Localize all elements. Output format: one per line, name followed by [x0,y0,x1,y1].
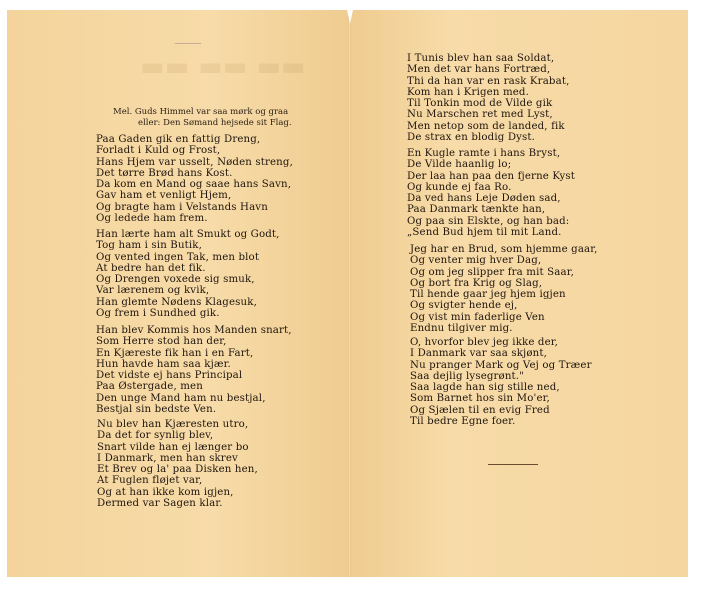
verse-line: Forladt i Kuld og Frost, [96,145,293,156]
verse-line: Og paa sin Elskte, og han bad: [407,216,575,227]
verse-line: Til Tonkin mod de Vilde gik [407,98,569,109]
stanza-3: Han blev Kommis hos Manden snart, Som He… [96,325,292,415]
verse-line: Som Barnet hos sin Mo'er, [410,393,592,404]
verse-line: Og vented ingen Tak, men blot [96,252,280,263]
verse-line: Og at han ikke kom igjen, [97,487,258,498]
verse-line: En Kjæreste fik han i en Fart, [96,348,292,359]
verse-line: Han lærte ham alt Smukt og Godt, [96,229,280,240]
verse-line: Og bragte ham i Velstands Havn [96,202,293,213]
verse-line: Nu blev han Kjæresten utro, [97,419,258,430]
verse-line: Nu Marschen ret med Lyst, [407,109,569,120]
verse-line: O, hvorfor blev jeg ikke der, [410,337,592,348]
verse-line: Kom han i Krigen med. [407,87,569,98]
verse-line: Til hende gaar jeg hjem igjen [410,289,598,300]
stanza-7: Jeg har en Brud, som hjemme gaar, Og ven… [410,244,598,334]
verse-line: Saa lagde han sig stille ned, [410,382,592,393]
verse-line: Som Herre stod han der, [96,336,292,347]
verse-line: Endnu tilgiver mig. [410,323,598,334]
verse-line: Og Sjælen til en evig Fred [410,405,592,416]
verse-line: Til bedre Egne foer. [410,416,592,427]
verse-line: Der laa han paa den fjerne Kyst [407,171,575,182]
verse-line: Det tørre Brød hans Kost. [96,168,293,179]
verse-line: Og vist min faderlige Ven [410,312,598,323]
verse-line: Og svigter hende ej, [410,300,598,311]
verse-line: Et Brev og la' paa Disken hen, [97,464,258,475]
fold-notch [347,10,353,24]
verse-line: Da det for synlig blev, [97,430,258,441]
verse-line: Og bort fra Krig og Slag, [410,278,598,289]
verse-line: Hans Hjem var usselt, Nøden streng, [96,157,293,168]
stanza-2: Han lærte ham alt Smukt og Godt, Tog ham… [96,229,280,319]
stanza-1: Paa Gaden gik en fattig Dreng, Forladt i… [96,134,293,224]
stanza-8: O, hvorfor blev jeg ikke der, I Danmark … [410,337,592,427]
verse-line: Hun havde ham saa kjær. [96,359,292,370]
verse-line: Da ved hans Leje Døden sad, [407,193,575,204]
verse-line: Jeg har en Brud, som hjemme gaar, [410,244,598,255]
verse-line: Men det var hans Fortræd, [407,64,569,75]
stanza-4: Nu blev han Kjæresten utro, Da det for s… [97,419,258,509]
verse-line: En Kugle ramte i hans Bryst, [407,148,575,159]
verse-line: Og venter mig hver Dag, [410,255,598,266]
verse-line: Snart vilde han ej længer bo [97,442,258,453]
verse-line: Og ledede ham frem. [96,213,293,224]
stanza-5: I Tunis blev han saa Soldat, Men det var… [407,53,569,143]
verse-line: Han glemte Nødens Klagesuk, [96,297,280,308]
melody-note: Mel. Guds Himmel var saa mørk og graa el… [113,107,292,129]
verse-line: Han blev Kommis hos Manden snart, [96,325,292,336]
verse-line: Paa Østergade, men [96,381,292,392]
verse-line: Paa Danmark tænkte han, [407,204,575,215]
stanza-6: En Kugle ramte i hans Bryst, De Vilde ha… [407,148,575,238]
verse-line: Den unge Mand ham nu bestjal, [96,393,292,404]
center-fold [348,10,351,577]
verse-line: Og om jeg slipper fra mit Saar, [410,267,598,278]
melody-line-2: eller: Den Sømand hejsede sit Flag. [113,118,292,129]
verse-line: Nu pranger Mark og Vej og Træer [410,360,592,371]
bleed-through-title: ▬▬ ▬▬ ▬▬ [140,52,306,82]
verse-line: Og frem i Sundhed gik. [96,308,280,319]
melody-line-1: Mel. Guds Himmel var saa mørk og graa [113,107,292,118]
verse-line: I Danmark, men han skrev [97,453,258,464]
verse-line: De Vilde haanlig lo; [407,159,575,170]
verse-line: Dermed var Sagen klar. [97,498,258,509]
verse-line: Saa dejlig lysegrønt." [410,371,592,382]
verse-line: Bestjal sin bedste Ven. [96,404,292,415]
verse-line: I Tunis blev han saa Soldat, [407,53,569,64]
verse-line: At Fuglen fløjet var, [97,475,258,486]
verse-line: Og Drengen voxede sig smuk, [96,274,280,285]
verse-line: Gav ham et venligt Hjem, [96,190,293,201]
verse-line: Tog ham i sin Butik, [96,240,280,251]
verse-line: At bedre han det fik. [96,263,280,274]
verse-line: Det vidste ej hans Principal [96,370,292,381]
verse-line: Var lærenem og kvik, [96,285,280,296]
faint-ornament [175,43,201,44]
verse-line: I Danmark var saa skjønt, [410,348,592,359]
verse-line: „Send Bud hjem til mit Land. [407,227,575,238]
end-rule [488,464,538,465]
verse-line: Og kunde ej faa Ro. [407,182,575,193]
verse-line: De strax en blodig Dyst. [407,132,569,143]
verse-line: Men netop som de landed, fik [407,121,569,132]
verse-line: Da kom en Mand og saae hans Savn, [96,179,293,190]
verse-line: Thi da han var en rask Krabat, [407,76,569,87]
verse-line: Paa Gaden gik en fattig Dreng, [96,134,293,145]
